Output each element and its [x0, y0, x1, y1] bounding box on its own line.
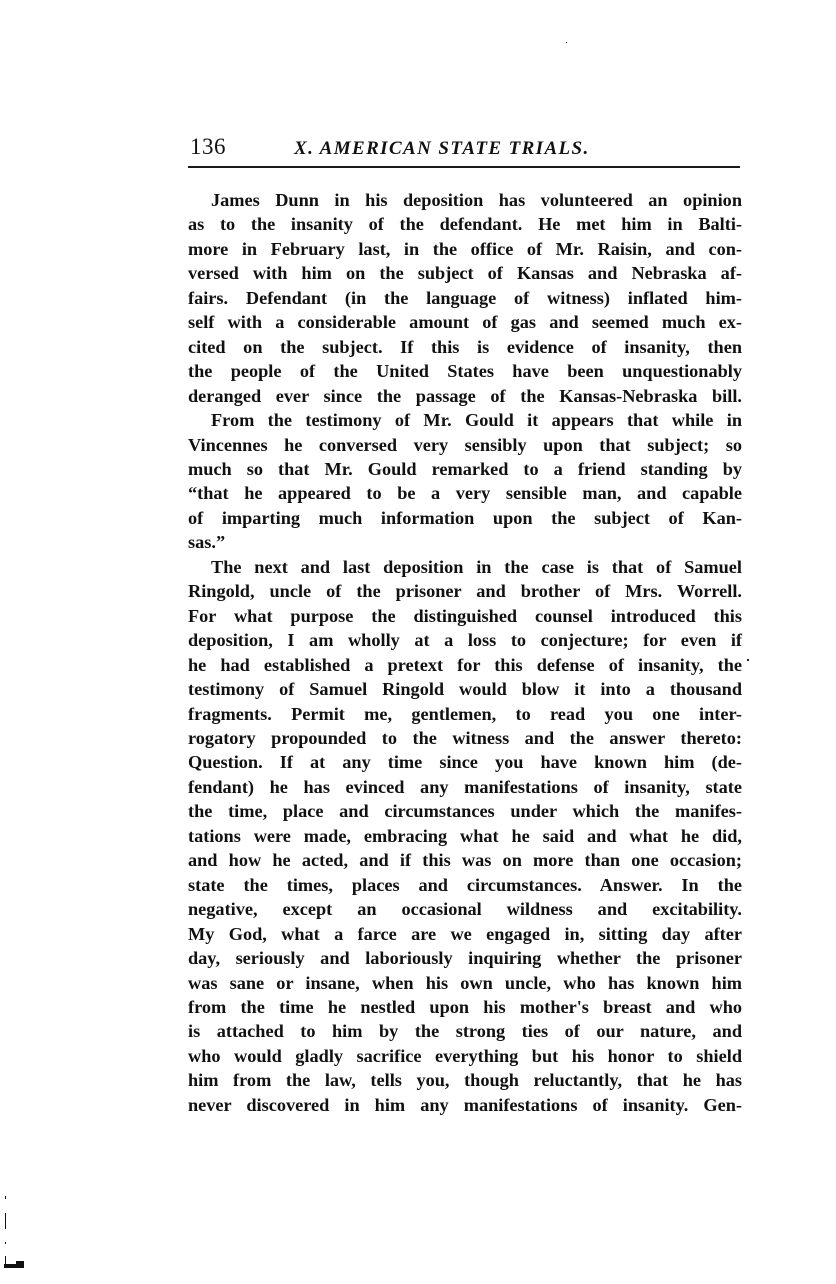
- text-line: much so that Mr. Gould remarked to a fri…: [188, 457, 742, 481]
- text-line: fairs. Defendant (in the language of wit…: [188, 286, 742, 310]
- scan-edge-mark: [5, 1196, 6, 1199]
- scan-edge-mark: [5, 1213, 6, 1229]
- text-line: more in February last, in the office of …: [188, 237, 742, 261]
- text-line: cited on the subject. If this is evidenc…: [188, 335, 742, 359]
- text-line: was sane or insane, when his own uncle, …: [188, 971, 742, 995]
- paragraph-samuel-ringold: The next and last deposition in the case…: [188, 555, 742, 1117]
- text-line: versed with him on the subject of Kansas…: [188, 261, 742, 285]
- text-line: from the time he nestled upon his mother…: [188, 995, 742, 1019]
- paragraph-mr-gould: From the testimony of Mr. Gould it appea…: [188, 408, 742, 555]
- text-line: as to the insanity of the defendant. He …: [188, 212, 742, 236]
- text-line: “that he appeared to be a very sensible …: [188, 481, 742, 505]
- text-line: of imparting much information upon the s…: [188, 506, 742, 530]
- scan-edge-mark: [5, 1242, 6, 1244]
- text-line: fragments. Permit me, gentlemen, to read…: [188, 702, 742, 726]
- text-line: deranged ever since the passage of the K…: [188, 384, 742, 408]
- text-line: From the testimony of Mr. Gould it appea…: [188, 408, 742, 432]
- page-number: 136: [188, 134, 294, 160]
- text-line: The next and last deposition in the case…: [188, 555, 742, 579]
- paragraph-james-dunn: James Dunn in his deposition has volunte…: [188, 188, 742, 408]
- text-line: day, seriously and laboriously inquiring…: [188, 946, 742, 970]
- scan-speck: [566, 42, 567, 43]
- text-line: the people of the United States have bee…: [188, 359, 742, 383]
- text-line: deposition, I am wholly at a loss to con…: [188, 628, 742, 652]
- running-head: 136 X. AMERICAN STATE TRIALS.: [188, 134, 742, 164]
- text-line: fendant) he has evinced any manifestatio…: [188, 775, 742, 799]
- text-line: James Dunn in his deposition has volunte…: [188, 188, 742, 212]
- header-rule: [188, 166, 740, 168]
- running-title: X. AMERICAN STATE TRIALS.: [294, 138, 590, 160]
- text-line: the time, place and circumstances under …: [188, 799, 742, 823]
- book-page: 136 X. AMERICAN STATE TRIALS. James Dunn…: [188, 134, 742, 1117]
- text-line: him from the law, tells you, though relu…: [188, 1068, 742, 1092]
- scan-edge-mark: [16, 1261, 24, 1264]
- text-line: is attached to him by the strong ties of…: [188, 1019, 742, 1043]
- text-line: negative, except an occasional wildness …: [188, 897, 742, 921]
- body-text: James Dunn in his deposition has volunte…: [188, 188, 742, 1117]
- text-line: Ringold, uncle of the prisoner and broth…: [188, 579, 742, 603]
- text-line: sas.”: [188, 530, 742, 554]
- text-line: and how he acted, and if this was on mor…: [188, 848, 742, 872]
- text-line: Question. If at any time since you have …: [188, 750, 742, 774]
- scan-edge-mark: [4, 1264, 24, 1268]
- text-line: My God, what a farce are we engaged in, …: [188, 922, 742, 946]
- text-line: self with a considerable amount of gas a…: [188, 310, 742, 334]
- scan-speck: [747, 659, 749, 661]
- text-line: Vincennes he conversed very sensibly upo…: [188, 433, 742, 457]
- text-line: testimony of Samuel Ringold would blow i…: [188, 677, 742, 701]
- text-line: never discovered in him any manifestatio…: [188, 1093, 742, 1117]
- text-line: state the times, places and circumstance…: [188, 873, 742, 897]
- text-line: who would gladly sacrifice everything bu…: [188, 1044, 742, 1068]
- text-line: rogatory propounded to the witness and t…: [188, 726, 742, 750]
- text-line: he had established a pretext for this de…: [188, 653, 742, 677]
- text-line: tations were made, embracing what he sai…: [188, 824, 742, 848]
- text-line: For what purpose the distinguished couns…: [188, 604, 742, 628]
